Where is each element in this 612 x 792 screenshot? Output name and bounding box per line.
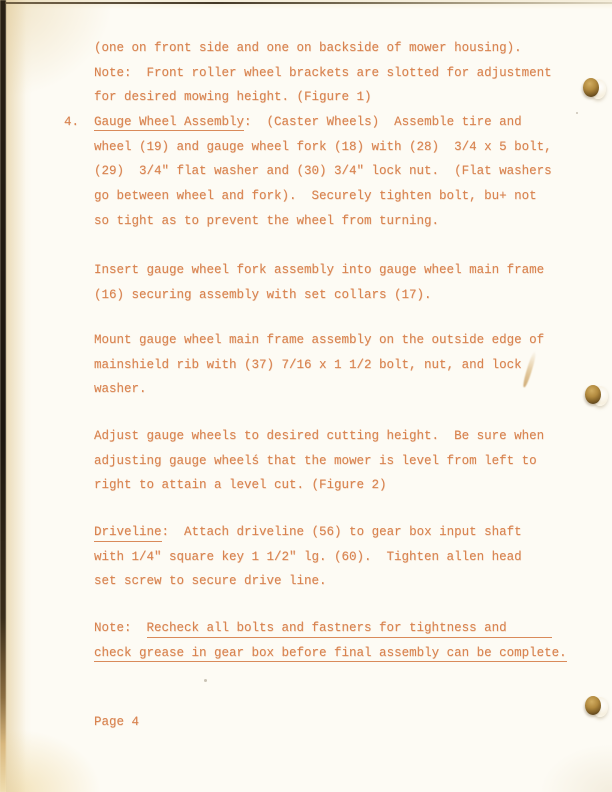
scanned-page: (one on front side and one on backside o… [0,0,612,792]
binding-grommet-dot [585,385,611,409]
paragraph: Adjust gauge wheels to desired cutting h… [64,424,544,498]
text-line: Mount gauge wheel main frame assembly on… [64,328,544,353]
text-segment: Adjust gauge wheels to desired cutting h… [64,429,544,443]
text-segment: right to attain a level cut. (Figure 2) [64,478,387,492]
text-line: set screw to secure drive line. [64,569,522,594]
text-segment: Note: Front roller wheel brackets are sl… [64,66,552,80]
text-segment: so tight as to prevent the wheel from tu… [64,214,439,228]
text-segment: 4. [64,115,94,129]
text-line: Page 4 [64,710,139,735]
binding-grommet-dot [585,696,611,720]
text-segment: (29) 3/4" flat washer and (30) 3/4" lock… [64,164,552,178]
text-line: mainshield rib with (37) 7/16 x 1 1/2 bo… [64,353,544,378]
text-segment: Mount gauge wheel main frame assembly on… [64,333,544,347]
text-segment: Page 4 [64,715,139,729]
text-segment: adjusting gauge wheelś that the mower is… [64,454,537,468]
underlined-text-segment: Driveline [94,525,162,542]
text-segment [64,525,94,539]
text-segment: go between wheel and fork). Securely tig… [64,189,537,203]
text-line: Note: Recheck all bolts and fastners for… [64,616,567,641]
grommet-ball [585,385,601,404]
text-line: right to attain a level cut. (Figure 2) [64,473,544,498]
text-segment: : (Caster Wheels) Assemble tire and [244,115,522,129]
grommet-ball [585,696,601,715]
text-segment: mainshield rib with (37) 7/16 x 1 1/2 bo… [64,358,522,372]
text-line: wheel (19) and gauge wheel fork (18) wit… [64,135,552,160]
paragraph: Insert gauge wheel fork assembly into ga… [64,258,544,307]
page-top-crease-line [5,2,612,4]
text-line: so tight as to prevent the wheel from tu… [64,209,552,234]
text-line: Driveline: Attach driveline (56) to gear… [64,520,522,545]
text-segment [64,646,94,660]
text-segment: washer. [64,382,147,396]
text-line: (29) 3/4" flat washer and (30) 3/4" lock… [64,159,552,184]
text-line: washer. [64,377,544,402]
text-line: Note: Front roller wheel brackets are sl… [64,61,552,86]
text-line: adjusting gauge wheelś that the mower is… [64,449,544,474]
text-segment: set screw to secure drive line. [64,574,327,588]
binding-grommet-dot [583,78,609,102]
text-line: go between wheel and fork). Securely tig… [64,184,552,209]
paper-edge-tint-band [6,0,26,792]
underlined-text-segment: check grease in gear box before final as… [94,646,567,663]
text-line: with 1/4" square key 1 1/2" lg. (60). Ti… [64,545,522,570]
text-segment: Insert gauge wheel fork assembly into ga… [64,263,544,277]
text-line: 4. Gauge Wheel Assembly: (Caster Wheels)… [64,110,552,135]
paragraph: (one on front side and one on backside o… [64,36,552,233]
text-line: (one on front side and one on backside o… [64,36,552,61]
text-segment: : Attach driveline (56) to gear box inpu… [162,525,522,539]
dust-speck [576,112,578,114]
paragraph: Driveline: Attach driveline (56) to gear… [64,520,522,594]
text-segment: with 1/4" square key 1 1/2" lg. (60). Ti… [64,550,522,564]
text-segment: wheel (19) and gauge wheel fork (18) wit… [64,140,552,154]
underlined-text-segment: Recheck all bolts and fastners for tight… [147,621,552,638]
underlined-text-segment: Gauge Wheel Assembly [94,115,244,132]
paragraph: Page 4 [64,710,139,735]
grommet-ball [583,78,599,97]
text-segment: (16) securing assembly with set collars … [64,288,432,302]
text-line: Adjust gauge wheels to desired cutting h… [64,424,544,449]
dust-speck [204,679,207,682]
text-segment: for desired mowing height. (Figure 1) [64,90,372,104]
text-line: (16) securing assembly with set collars … [64,283,544,308]
text-line: Insert gauge wheel fork assembly into ga… [64,258,544,283]
paragraph: Mount gauge wheel main frame assembly on… [64,328,544,402]
paragraph: Note: Recheck all bolts and fastners for… [64,616,567,665]
text-segment: Note: [64,621,147,635]
text-line: check grease in gear box before final as… [64,641,567,666]
text-line: for desired mowing height. (Figure 1) [64,85,552,110]
text-segment: (one on front side and one on backside o… [64,41,522,55]
